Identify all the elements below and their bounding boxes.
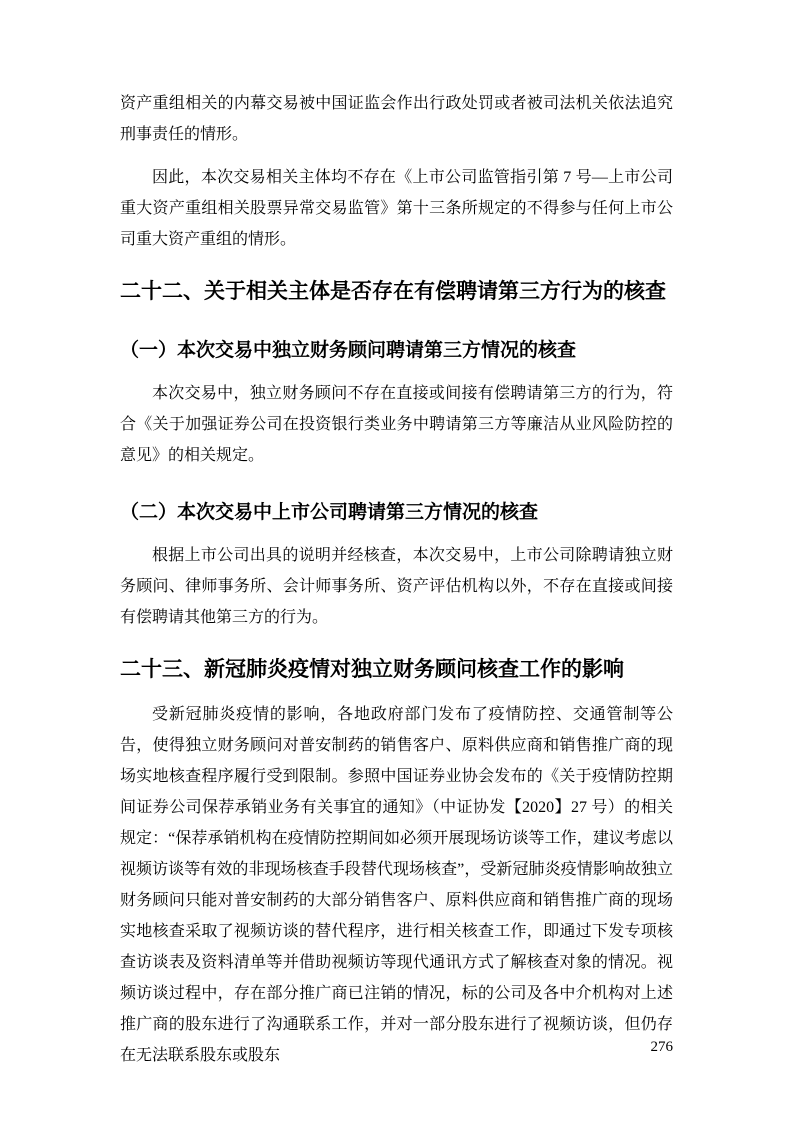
paragraph-continuation: 资产重组相关的内幕交易被中国证监会作出行政处罚或者被司法机关依法追究刑事责任的情… xyxy=(120,88,673,150)
section-23-heading: 二十三、新冠肺炎疫情对独立财务顾问核查工作的影响 xyxy=(120,655,673,685)
section-22-sub-1-paragraph: 本次交易中，独立财务顾问不存在直接或间接有偿聘请第三方的行为，符合《关于加强证券… xyxy=(120,378,673,471)
page-number: 276 xyxy=(651,1038,674,1056)
document-page: 资产重组相关的内幕交易被中国证监会作出行政处罚或者被司法机关依法追究刑事责任的情… xyxy=(0,0,793,1122)
paragraph-conclusion: 因此，本次交易相关主体均不存在《上市公司监管指引第 7 号—上市公司重大资产重组… xyxy=(120,162,673,255)
section-23-paragraph: 受新冠肺炎疫情的影响，各地政府部门发布了疫情防控、交通管制等公告，使得独立财务顾… xyxy=(120,699,673,1071)
section-22-sub-2-paragraph: 根据上市公司出具的说明并经核查，本次交易中，上市公司除聘请独立财务顾问、律师事务… xyxy=(120,540,673,633)
section-22-heading: 二十二、关于相关主体是否存在有偿聘请第三方行为的核查 xyxy=(120,277,673,307)
section-22-sub-2-heading: （二）本次交易中上市公司聘请第三方情况的核查 xyxy=(120,499,673,526)
page-content: 资产重组相关的内幕交易被中国证监会作出行政处罚或者被司法机关依法追究刑事责任的情… xyxy=(120,88,673,1083)
section-22-sub-1-heading: （一）本次交易中独立财务顾问聘请第三方情况的核查 xyxy=(120,337,673,364)
